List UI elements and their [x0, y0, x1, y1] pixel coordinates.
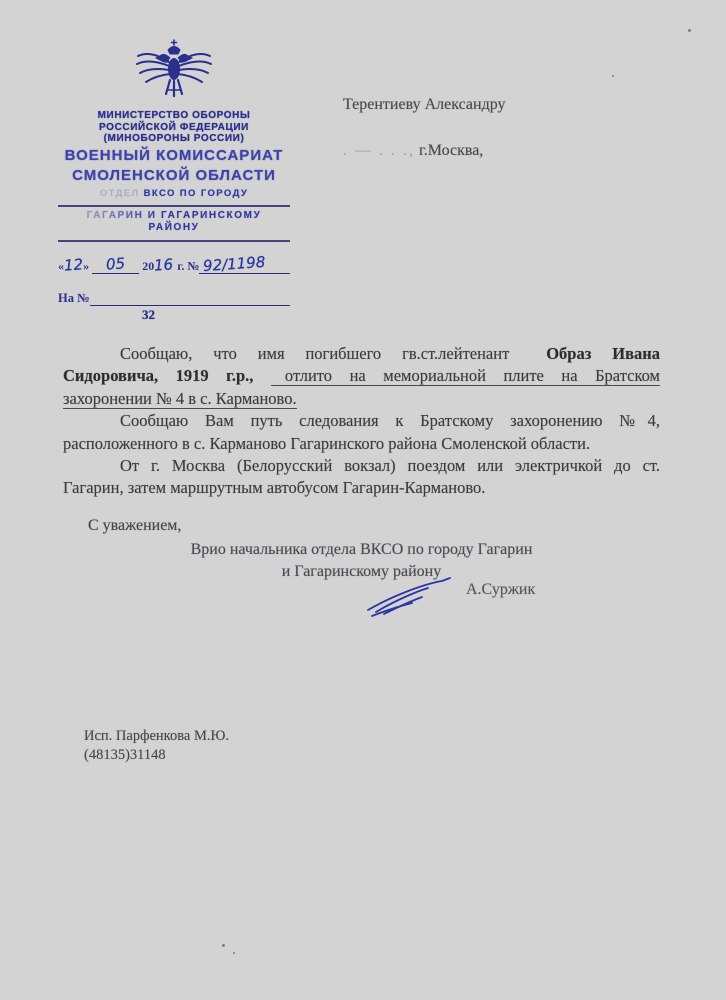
executor-name: Исп. Парфенкова М.Ю.	[84, 727, 229, 746]
eagle-emblem-icon	[134, 38, 214, 106]
outgoing-number-handwritten: 92/1198	[203, 252, 266, 274]
department-prefix-faded: ОТДЕЛ	[100, 188, 140, 199]
ministry-line-1: МИНИСТЕРСТВО ОБОРОНЫ	[58, 110, 290, 122]
addressee-address-redacted: . — . . .,	[343, 142, 415, 159]
body-line-2: Сидоровича, 1919 г.р., отлито на мемориа…	[63, 365, 660, 387]
date-year-handwritten: 16	[154, 255, 174, 274]
signer-position-line-1: Врио начальника отдела ВКСО по городу Га…	[63, 539, 660, 561]
date-line: «12» 05 2016 г. № 92/1198	[58, 250, 290, 274]
signer-name: А.Суржик	[466, 581, 535, 599]
addressee-name: Терентиеву Александру	[343, 96, 506, 114]
memorial-underlined-text: отлито на мемориальной плите на Братском	[271, 366, 660, 386]
body-line-6: От г. Москва (Белорусский вокзал) поездо…	[63, 455, 660, 477]
addressee-block: Терентиеву Александру . — . . ., г.Москв…	[343, 96, 506, 160]
letterhead: МИНИСТЕРСТВО ОБОРОНЫ РОССИЙСКОЙ ФЕДЕРАЦИ…	[58, 38, 290, 323]
addressee-address-line: . — . . ., г.Москва,	[343, 142, 506, 160]
date-quote-close: »	[83, 259, 89, 274]
date-number-label: г. №	[177, 259, 199, 274]
letterhead-rule-bottom	[58, 240, 290, 242]
ministry-line-2: РОССИЙСКОЙ ФЕДЕРАЦИИ	[58, 122, 290, 134]
executor-block: Исп. Парфенкова М.Ю. (48135)31148	[84, 727, 229, 765]
addressee-city: г.Москва,	[419, 142, 483, 159]
commissariat-line-2: СМОЛЕНСКОЙ ОБЛАСТИ	[58, 167, 290, 185]
reference-line: На №	[58, 288, 290, 306]
body-line-5: расположенного в с. Карманово Гагаринско…	[63, 433, 660, 455]
date-year-printed: 20	[142, 259, 154, 274]
date-day-handwritten: 12	[63, 255, 83, 274]
body-line-1-text: Сообщаю, что имя погибшего гв.ст.лейтена…	[120, 344, 509, 363]
body-line-7: Гагарин, затем маршрутным автобусом Гага…	[63, 477, 660, 499]
scan-speck	[688, 29, 691, 32]
body-line-1: Сообщаю, что имя погибшего гв.ст.лейтена…	[63, 343, 660, 365]
memorial-underlined-text-2: захоронении № 4 в с. Карманово.	[63, 389, 297, 409]
letter-body: Сообщаю, что имя погибшего гв.ст.лейтена…	[63, 343, 660, 500]
scan-speck	[612, 75, 614, 77]
ministry-line-3: (МИНОБОРОНЫ РОССИИ)	[58, 133, 290, 145]
scanned-letter-page: МИНИСТЕРСТВО ОБОРОНЫ РОССИЙСКОЙ ФЕДЕРАЦИ…	[0, 0, 726, 1000]
department-line: ОТДЕЛ ВКСО ПО ГОРОДУ	[58, 188, 290, 199]
reference-number: 32	[58, 307, 290, 323]
commissariat-line-1: ВОЕННЫЙ КОМИССАРИАТ	[58, 147, 290, 165]
reference-label: На №	[58, 291, 90, 306]
salutation: С уважением,	[88, 517, 181, 535]
body-line-3: захоронении № 4 в с. Карманово.	[63, 388, 660, 410]
district-line-1: ГАГАРИН И ГАГАРИНСКОМУ	[58, 210, 290, 222]
scan-speck	[222, 944, 225, 947]
deceased-name-bold: Образ Ивана	[546, 344, 660, 363]
district-line-2: РАЙОНУ	[58, 222, 290, 234]
reference-underline	[90, 291, 290, 306]
executor-phone: (48135)31148	[84, 746, 229, 765]
body-line-4: Сообщаю Вам путь следования к Братскому …	[63, 410, 660, 432]
letterhead-rule-top	[58, 205, 290, 207]
deceased-name-bold-2: Сидоровича, 1919 г.р.,	[63, 366, 253, 385]
scan-speck	[233, 952, 235, 954]
signature-ink-icon	[362, 576, 462, 618]
date-month-handwritten: 05	[105, 254, 125, 273]
department-name: ВКСО ПО ГОРОДУ	[144, 188, 249, 199]
